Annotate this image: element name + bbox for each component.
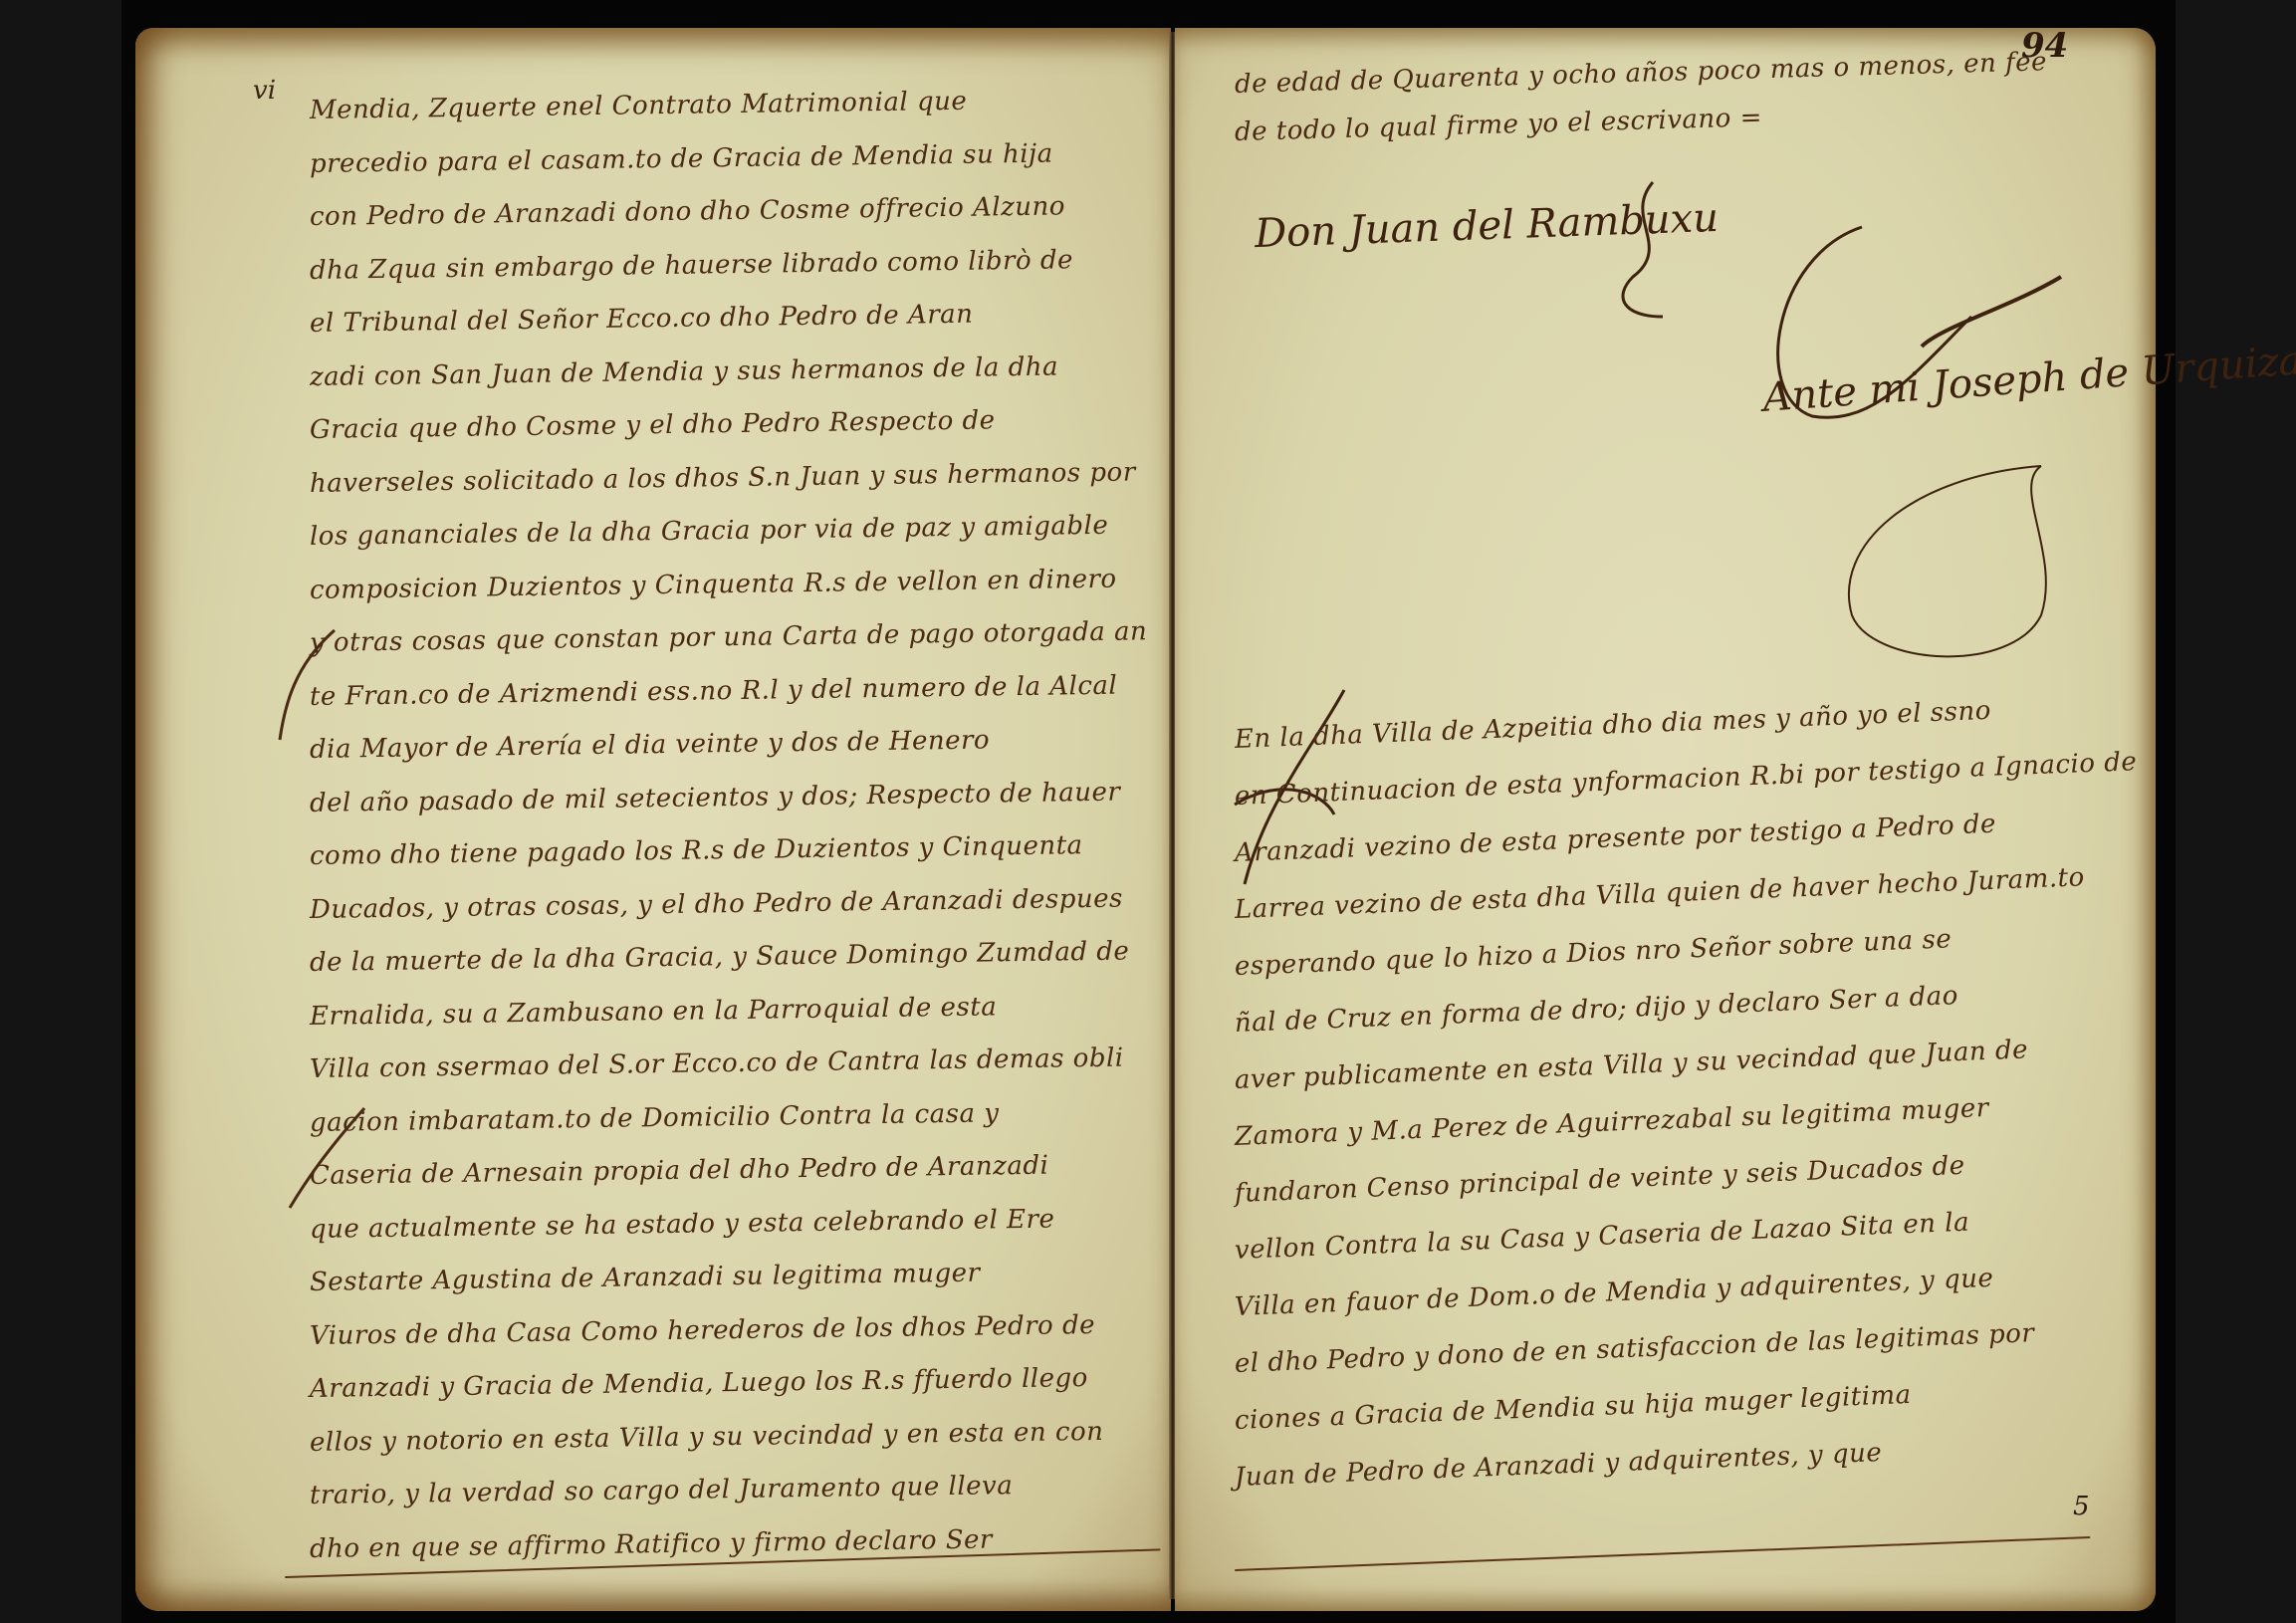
manuscript-line: Ernalida, su a Zambusano en la Parroquia… (310, 992, 998, 1032)
margin-flourish (275, 625, 354, 745)
signature-rubric (1613, 177, 1683, 327)
manuscript-line: como dho tiene pagado los R.s de Duzient… (310, 830, 1083, 871)
signature-rubric (1713, 217, 2131, 675)
right-page: 94 de edad de Quarenta y ocho años poco … (1175, 28, 2156, 1611)
manuscript-line: te Fran.co de Arizmendi ess.no R.l y del… (310, 670, 1118, 711)
manuscript-line: de la muerte de la dha Gracia, y Sauce D… (310, 937, 1130, 978)
end-mark: 5 (2073, 1492, 2090, 1521)
manuscript-line: Sestarte Agustina de Aranzadi su legitim… (310, 1259, 981, 1297)
manuscript-line: fundaron Censo principal de veinte y sei… (1234, 1151, 1965, 1209)
manuscript-line: dia Mayor de Arería el dia veinte y dos … (310, 725, 990, 765)
manuscript-line: el dho Pedro y dono de en satisfaccion d… (1234, 1318, 2034, 1379)
manuscript-line: y otras cosas que constan por una Carta … (310, 616, 1148, 658)
manuscript-line: en Continuacion de esta ynformacion R.bi… (1234, 747, 2137, 811)
manuscript-line: trario, y la verdad so cargo del Juramen… (310, 1471, 1014, 1510)
manuscript-line: que actualmente se ha estado y esta cele… (310, 1204, 1055, 1244)
manuscript-line: Villa en fauor de Dom.o de Mendia y adqu… (1234, 1264, 1993, 1322)
manuscript-line: aver publicamente en esta Villa y su vec… (1234, 1035, 2028, 1095)
manuscript-line: ellos y notorio en esta Villa y su vecin… (310, 1416, 1104, 1457)
manuscript-line: de todo lo qual firme yo el escrivano = (1235, 103, 1763, 147)
manuscript-line: los gananciales de la dha Gracia por via… (310, 511, 1109, 552)
manuscript-line: del año pasado de mil setecientos y dos;… (310, 777, 1121, 817)
manuscript-line: ñal de Cruz en forma de dro; dijo y decl… (1234, 981, 1958, 1039)
manuscript-line: dha Zqua sin embargo de hauerse librado … (310, 245, 1073, 286)
margin-mark: vi (253, 76, 276, 106)
left-page: vi Mendia, Zquerte enel Contrato Matrimo… (135, 28, 1171, 1611)
manuscript-line: Viuros de dha Casa Como herederos de los… (310, 1309, 1095, 1350)
manuscript-line: Mendia, Zquerte enel Contrato Matrimonia… (310, 87, 968, 125)
manuscript-line: Villa con ssermao del S.or Ecco.co de Ca… (310, 1043, 1124, 1084)
manuscript-line: gacion imbaratam.to de Domicilio Contra … (310, 1098, 1000, 1138)
manuscript-line: Zamora y M.a Perez de Aguirrezabal su le… (1234, 1093, 1989, 1152)
margin-flourish (285, 1103, 384, 1213)
manuscript-line: zadi con San Juan de Mendia y sus herman… (310, 351, 1058, 391)
manuscript-line: ciones a Gracia de Mendia su hija muger … (1234, 1380, 1912, 1436)
manuscript-photo: vi Mendia, Zquerte enel Contrato Matrimo… (121, 0, 2176, 1623)
manuscript-line: con Pedro de Aranzadi dono dho Cosme off… (310, 191, 1065, 232)
closing-rule (1235, 1536, 2090, 1571)
manuscript-line: vellon Contra la su Casa y Caseria de La… (1234, 1208, 1969, 1266)
manuscript-line: composicion Duzientos y Cinquenta R.s de… (310, 564, 1117, 604)
manuscript-line: precedio para el casam.to de Gracia de M… (310, 138, 1053, 178)
manuscript-line: esperando que lo hizo a Dios nro Señor s… (1234, 924, 1952, 982)
manuscript-line: Juan de Pedro de Aranzadi y adquirentes,… (1234, 1438, 1882, 1493)
manuscript-line: Caseria de Arnesain propia del dho Pedro… (310, 1151, 1049, 1191)
manuscript-line: Aranzadi y Gracia de Mendia, Luego los R… (310, 1363, 1088, 1404)
manuscript-line: el Tribunal del Señor Ecco.co dho Pedro … (310, 300, 974, 339)
manuscript-line: de edad de Quarenta y ocho años poco mas… (1235, 47, 2048, 100)
manuscript-line: Gracia que dho Cosme y el dho Pedro Resp… (310, 405, 996, 445)
manuscript-line: haverseles solicitado a los dhos S.n Jua… (310, 457, 1136, 499)
open-book: vi Mendia, Zquerte enel Contrato Matrimo… (135, 28, 2157, 1611)
manuscript-line: Ducados, y otras cosas, y el dho Pedro d… (310, 883, 1123, 924)
